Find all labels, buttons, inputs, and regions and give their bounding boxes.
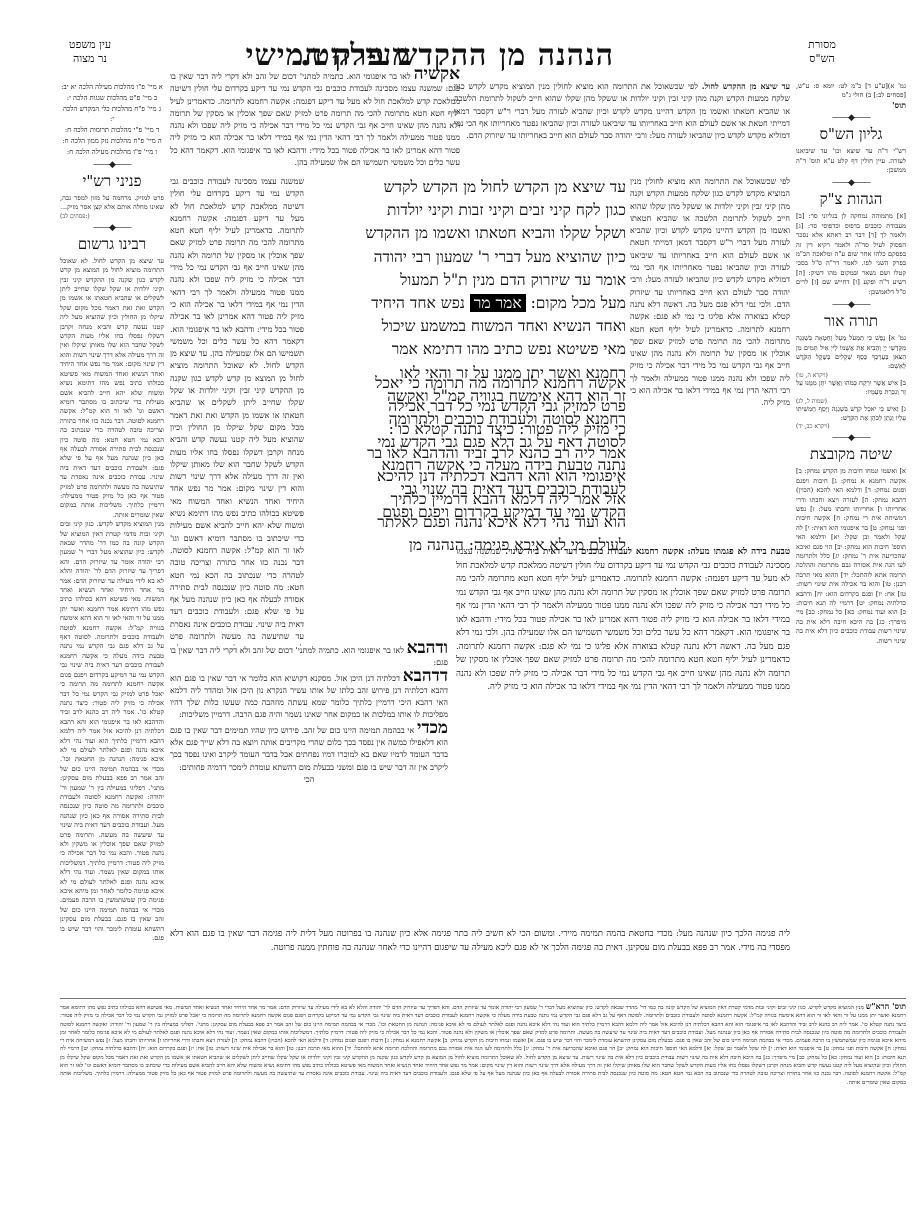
ein-mishpat-item: ב מיי' פ"ט מהלכות שגגות הלכה י: <box>60 93 164 103</box>
shita-mekubetzet-text: א] ואשמו ונמחו חיבות מן הקדש נמחק: ב] אק… <box>796 467 906 646</box>
rashi-dibbur-hamatchil: עד שיצא מן ההקדש לחול. <box>702 81 790 91</box>
rashi-commentary: עד שיצא מן ההקדש לחול. לפי שכשאוכל את הת… <box>454 80 790 176</box>
verse-source: (ויקרא ה, טו) <box>796 372 906 379</box>
ein-mishpat-label: עין משפט נר מצוה <box>50 38 130 66</box>
hagahot-title: הגהות צ"ק <box>796 190 906 209</box>
torah-or-title: תורה אור <box>796 312 906 331</box>
ein-mishpat-item: א מיי' פ"ו מהלכות מעילה הלכה יא יב: <box>60 82 164 92</box>
rashi-commentary-continued: לפי שכשאוכל את התרומה הוא מוציא לחולין מ… <box>630 176 790 546</box>
shita-mekubetzet-title: שיטה מקובצת <box>796 445 906 464</box>
tosafot-marker: תוס' <box>796 101 906 110</box>
rabbeinu-gershom-text: עד שיצא מן הקדש לחול. לא שאוכל התרומה מו… <box>60 257 164 520</box>
tosafot-dibbur: אקשיה <box>414 68 460 84</box>
ein-mishpat-item: ה מיי' פ"ח מהלכות נזק ממון הלכה ח: <box>60 136 164 146</box>
torah-or-verse: ב] אִישׁ אֲשֶׁר יִרְקַח כָּמֹהוּ וַאֲשֶׁ… <box>796 379 906 405</box>
ein-mishpat-list: א מיי' פ"ו מהלכות מעילה הלכה יא יב: ב מי… <box>60 82 164 157</box>
ornament-divider-icon: ——◆—— <box>796 300 906 310</box>
left-margin-column: א מיי' פ"ו מהלכות מעילה הלכה יא יב: ב מי… <box>60 82 164 982</box>
penei-rashi-source: (פסחים לב:) <box>60 213 164 220</box>
verse-source: (ויקרא כב, יד) <box>796 423 906 430</box>
gilyon-hashas-text: רש"י ד"ה עד שיצא וכו' עד שיביאנו לעזרה. … <box>796 147 906 175</box>
tosafot-commentary: אקשיה לאו בר איפגומי הוא. כתמיה למתני' ד… <box>170 68 460 174</box>
ein-mishpat-item: ג מיי' פ"ח מהלכות כלי המקדש הלכה י: <box>60 104 164 124</box>
hagahot-text: [א] מתמוהה נמחקה לן בגליוני סר: [ב] מעבו… <box>796 212 906 297</box>
torah-or-verse: ג] וְאִישׁ כִּי יֹאכַל קֹדֶשׁ בִּשְׁגָגָ… <box>796 405 906 431</box>
tosafot-commentary-column: שמשנה עצמו מסכינה לעבודת כוכבים גבי הקדש… <box>170 176 304 646</box>
ornament-divider-icon: ——◆—— <box>796 178 906 188</box>
verse-text: גמ' א] נֶפֶשׁ כִּי תִמְעֹל מַעַל וְחָטְא… <box>796 334 906 372</box>
rashi-lower: טבעת בידה לא פגמתו מעלה: אקשה רחמנא לעבו… <box>456 546 790 926</box>
bottom-commentary-title: תוס' הרא"ש <box>866 1002 906 1011</box>
verse-source: (שמות ל, לג) <box>796 398 906 405</box>
ornament-divider-icon: ——◆—— <box>796 113 906 123</box>
right-margin-column: גמ' א)[ע"ע ד] כ"מ לט: יומא ס: ע"ש, [פסחי… <box>796 82 906 982</box>
ornament-divider-icon: ——◆—— <box>60 160 164 170</box>
rashi-text: לפי שכשאוכל את התרומה הוא מוציא לחולין מ… <box>630 177 790 309</box>
ornament-divider-icon: ——◆—— <box>796 433 906 443</box>
rashi-lower-wide: ליה פגימה הלכך כיון שנהנה מעל: מכדי בחטא… <box>170 928 790 996</box>
torah-or-verse: גמ' א] נֶפֶשׁ כִּי תִמְעֹל מַעַל וְחָטְא… <box>796 334 906 379</box>
masoret-hashas-text: גמ' א)[ע"ע ד] כ"מ לט: יומא ס: ע"ש, [פסחי… <box>796 82 906 101</box>
masoret-hashas-label: מסורת הש"ס <box>792 38 852 66</box>
penei-rashi-title: פניני רש"י <box>60 172 164 191</box>
bottom-commentary: תוס' הרא"ש מנין המוציא מקדש לקדש. כגון ק… <box>60 1002 906 1182</box>
tosafot-lower: ודהבא לאו בר איפגומי הוא. כתמיה למתני' ד… <box>170 642 448 932</box>
rabbeinu-gershom-title: רבינו גרשום <box>60 235 164 254</box>
gilyon-hashas-title: גליון הש"ס <box>796 125 906 144</box>
ornament-divider-icon: ——◆—— <box>60 223 164 233</box>
ein-mishpat-item: ד מיי' פ"י מהלכות תרומות הלכה ח: <box>60 125 164 135</box>
verse-text: ג] וְאִישׁ כִּי יֹאכַל קֹדֶשׁ בִּשְׁגָגָ… <box>796 405 906 424</box>
highlighted-phrase[interactable]: אמר מר <box>470 294 526 312</box>
rabbeinu-gershom-text-2: מנין המוציא מקדש לקדש. כגון קיני זבים וק… <box>60 520 164 943</box>
verse-text: ב] אִישׁ אֲשֶׁר יִרְקַח כָּמֹהוּ וַאֲשֶׁ… <box>796 379 906 398</box>
penei-rashi-text: פרט למזיק. מרחמה על מזון למפר גבה, שאינו… <box>60 194 164 213</box>
gemara-main-text-continued: אקשה רחמנא לתרומה מה תרומה כי יאכל פרט ל… <box>310 372 626 552</box>
rashi-text-2: ולכי נמי דלא פגם מעל בה. דאשה דלא נתנה ק… <box>630 300 790 407</box>
ein-mishpat-item: ו מיי' פ"ו מהלכות מעילה הלכה ח: <box>60 147 164 157</box>
bottom-divider <box>60 998 906 999</box>
